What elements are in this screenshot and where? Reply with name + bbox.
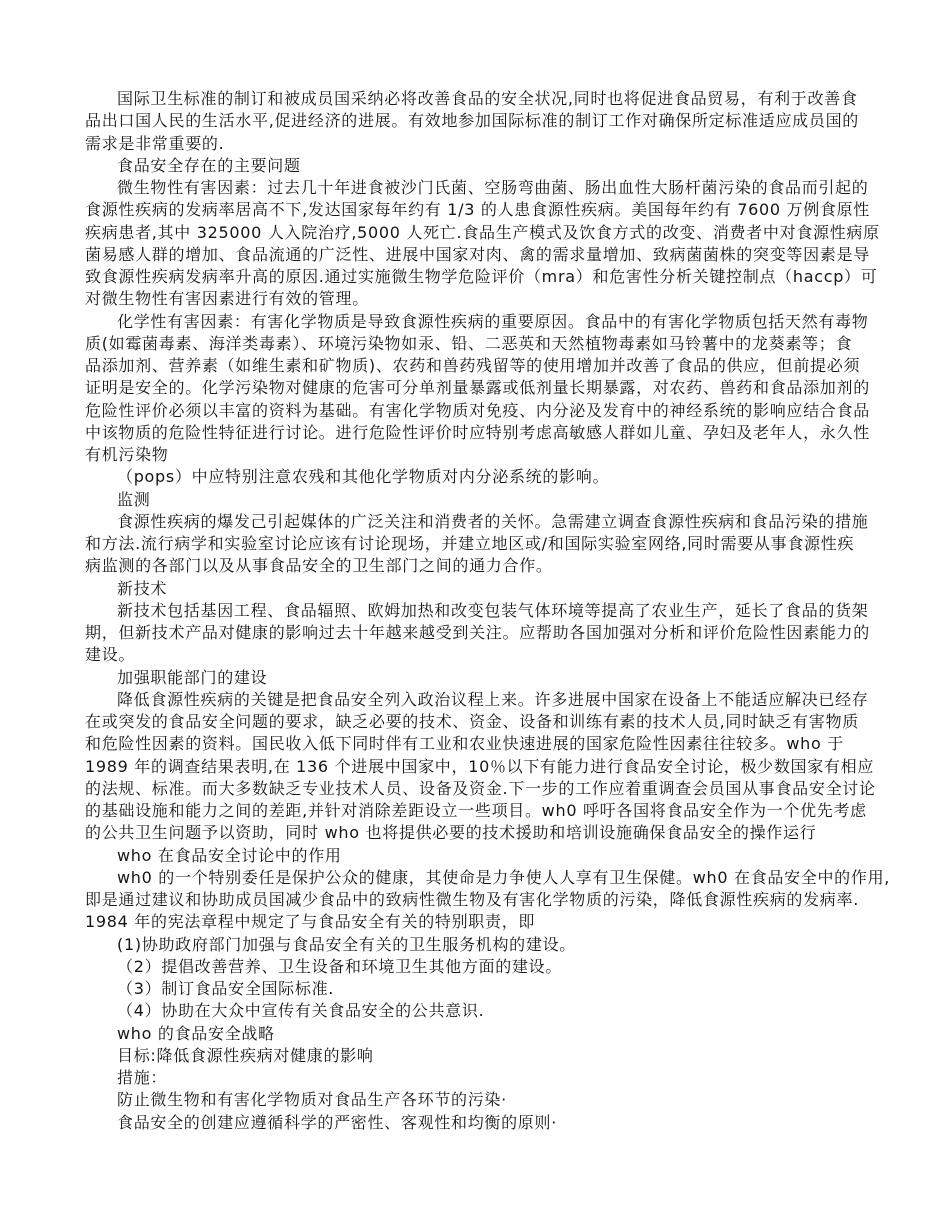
text-line: 菌易感人群的增加、食品流通的广泛性、进展中国家对肉、禽的需求量增加、致病菌菌株的… bbox=[85, 244, 885, 266]
text-line: who 的食品安全战略 bbox=[85, 1023, 885, 1045]
text-line: （2）提倡改善营养、卫生设备和环境卫生其他方面的建设。 bbox=[85, 956, 885, 978]
text-line: （pops）中应特别注意农残和其他化学物质对内分泌系统的影响。 bbox=[85, 466, 885, 488]
text-line: 防止微生物和有害化学物质对食品生产各环节的污染· bbox=[85, 1089, 885, 1111]
text-line: 化学性有害因素：有害化学物质是导致食源性疾病的重要原因。食品中的有害化学物质包括… bbox=[85, 311, 885, 333]
text-line: 品添加剂、营养素（如维生素和矿物质)、农药和兽药残留等的使用增加并改善了食品的供… bbox=[85, 355, 885, 377]
text-line: 对微生物性有害因素进行有效的管理。 bbox=[85, 288, 885, 310]
text-line: 加强职能部门的建设 bbox=[85, 667, 885, 689]
text-line: 食源性疾病的爆发己引起媒体的广泛关注和消费者的关怀。急需建立调查食源性疾病和食品… bbox=[85, 511, 885, 533]
text-line: 致食源性疾病发病率升高的原因.通过实施微生物学危险评价（mra）和危害性分析关键… bbox=[85, 266, 885, 288]
text-line: （4）协助在大众中宣传有关食品安全的公共意识. bbox=[85, 1000, 885, 1022]
text-line: 食源性疾病的发病率居高不下,发达国家每年约有 1/3 的人患食源性疾病。美国每年… bbox=[85, 199, 885, 221]
text-line: 新技术包括基因工程、食品辐照、欧姆加热和改变包装气体环境等提高了农业生产，延长了… bbox=[85, 600, 885, 622]
text-line: 中该物质的危险性特征进行讨论。进行危险性评价时应特别考虑高敏感人群如儿童、孕妇及… bbox=[85, 422, 885, 444]
text-line: 降低食源性疾病的关键是把食品安全列入政治议程上来。许多进展中国家在设备上不能适应… bbox=[85, 689, 885, 711]
text-line: 食品安全的创建应遵循科学的严密性、客观性和均衡的原则· bbox=[85, 1112, 885, 1134]
text-line: 有机污染物 bbox=[85, 444, 885, 466]
text-line: 期，但新技术产品对健康的影响过去十年越来越受到关注。应帮助各国加强对分析和评价危… bbox=[85, 622, 885, 644]
text-line: 新技术 bbox=[85, 578, 885, 600]
text-line: 和危险性因素的资料。国民收入低下同时伴有工业和农业快速进展的国家危险性因素往往较… bbox=[85, 733, 885, 755]
text-line: 危险性评价必须以丰富的资料为基础。有害化学物质对免疫、内分泌及发育中的神经系统的… bbox=[85, 400, 885, 422]
text-line: 和方法.流行病学和实验室讨论应该有讨论现场，并建立地区或/和国际实验室网络,同时… bbox=[85, 533, 885, 555]
text-line: 的法规、标准。而大多数缺乏专业技术人员、设备及资金.下一步的工作应着重调查会员国… bbox=[85, 778, 885, 800]
text-line: 微生物性有害因素：过去几十年进食被沙门氏菌、空肠弯曲菌、肠出血性大肠杆菌污染的食… bbox=[85, 177, 885, 199]
text-line: 在或突发的食品安全问题的要求，缺乏必要的技术、资金、设备和训练有素的技术人员,同… bbox=[85, 711, 885, 733]
text-line: 的基础设施和能力之间的差距,并针对消除差距设立一些项目。wh0 呼吁各国将食品安… bbox=[85, 800, 885, 822]
text-line: 即是通过建议和协助成员国减少食品中的致病性微生物及有害化学物质的污染，降低食源性… bbox=[85, 889, 885, 911]
document-page: 国际卫生标准的制订和被成员国采纳必将改善食品的安全状况,同时也将促进食品贸易，有… bbox=[85, 88, 885, 1134]
text-line: 目标:降低食源性疾病对健康的影响 bbox=[85, 1045, 885, 1067]
text-line: 需求是非常重要的. bbox=[85, 133, 885, 155]
text-line: 质(如霉菌毒素、海洋类毒素）、环境污染物如汞、铅、二恶英和天然植物毒素如马铃薯中… bbox=[85, 333, 885, 355]
text-line: 1989 年的调查结果表明,在 136 个进展中国家中，10％以下有能力进行食品… bbox=[85, 756, 885, 778]
text-line: 证明是安全的。化学污染物对健康的危害可分单剂量暴露或低剂量长期暴露，对农药、兽药… bbox=[85, 377, 885, 399]
text-line: 疾病患者,其中 325000 人入院治疗,5000 人死亡.食品生产模式及饮食方… bbox=[85, 222, 885, 244]
text-line: who 在食品安全讨论中的作用 bbox=[85, 845, 885, 867]
text-line: 建设。 bbox=[85, 644, 885, 666]
text-line: (1)协助政府部门加强与食品安全有关的卫生服务机构的建设。 bbox=[85, 934, 885, 956]
text-line: 品出口国人民的生活水平,促进经济的进展。有效地参加国际标准的制订工作对确保所定标… bbox=[85, 110, 885, 132]
text-line: wh0 的一个特别委任是保护公众的健康，其使命是力争使人人享有卫生保健。wh0 … bbox=[85, 867, 885, 889]
text-line: 食品安全存在的主要问题 bbox=[85, 155, 885, 177]
text-line: 措施： bbox=[85, 1067, 885, 1089]
text-line: （3）制订食品安全国际标准. bbox=[85, 978, 885, 1000]
text-line: 监测 bbox=[85, 489, 885, 511]
text-line: 国际卫生标准的制订和被成员国采纳必将改善食品的安全状况,同时也将促进食品贸易，有… bbox=[85, 88, 885, 110]
text-line: 的公共卫生问题予以资助，同时 who 也将提供必要的技术援助和培训设施确保食品安… bbox=[85, 822, 885, 844]
text-line: 1984 年的宪法章程中规定了与食品安全有关的特别职责，即 bbox=[85, 911, 885, 933]
text-line: 病监测的各部门以及从事食品安全的卫生部门之间的通力合作。 bbox=[85, 555, 885, 577]
